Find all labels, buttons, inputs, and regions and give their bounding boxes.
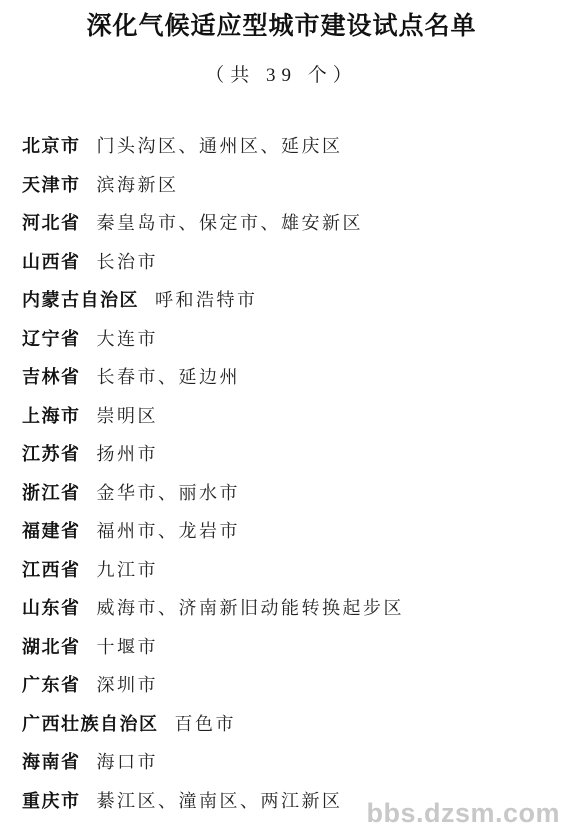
region-label: 上海市 bbox=[22, 406, 81, 426]
list-item: 江苏省扬州市 bbox=[22, 444, 553, 466]
cities-text: 九江市 bbox=[97, 560, 159, 580]
cities-text: 十堰市 bbox=[97, 637, 159, 657]
region-label: 河北省 bbox=[22, 213, 81, 233]
cities-text: 滨海新区 bbox=[97, 175, 179, 195]
cities-text: 长春市、延边州 bbox=[97, 367, 241, 387]
cities-text: 呼和浩特市 bbox=[155, 290, 258, 310]
list-item: 江西省九江市 bbox=[22, 560, 553, 582]
region-label: 吉林省 bbox=[22, 367, 81, 387]
list-item: 北京市门头沟区、通州区、延庆区 bbox=[22, 136, 553, 158]
watermark-text: bbs.dzsm.com bbox=[366, 798, 560, 829]
list-item: 上海市崇明区 bbox=[22, 406, 553, 428]
list-item: 辽宁省大连市 bbox=[22, 329, 553, 351]
region-label: 海南省 bbox=[22, 752, 81, 772]
list-item: 山东省威海市、济南新旧动能转换起步区 bbox=[22, 598, 553, 620]
cities-text: 百色市 bbox=[175, 714, 237, 734]
list-item: 浙江省金华市、丽水市 bbox=[22, 483, 553, 505]
region-label: 内蒙古自治区 bbox=[22, 290, 139, 310]
region-label: 浙江省 bbox=[22, 483, 81, 503]
region-label: 北京市 bbox=[22, 136, 81, 156]
region-label: 山西省 bbox=[22, 252, 81, 272]
list-item: 海南省海口市 bbox=[22, 752, 553, 774]
region-label: 广西壮族自治区 bbox=[22, 714, 159, 734]
cities-text: 深圳市 bbox=[97, 675, 159, 695]
cities-text: 金华市、丽水市 bbox=[97, 483, 241, 503]
list-item: 湖北省十堰市 bbox=[22, 637, 553, 659]
pilot-list: 北京市门头沟区、通州区、延庆区 天津市滨海新区 河北省秦皇岛市、保定市、雄安新区… bbox=[0, 136, 563, 812]
cities-text: 门头沟区、通州区、延庆区 bbox=[97, 136, 343, 156]
region-label: 江苏省 bbox=[22, 444, 81, 464]
cities-text: 秦皇岛市、保定市、雄安新区 bbox=[97, 213, 364, 233]
region-label: 辽宁省 bbox=[22, 329, 81, 349]
cities-text: 綦江区、潼南区、两江新区 bbox=[97, 791, 343, 811]
list-item: 内蒙古自治区呼和浩特市 bbox=[22, 290, 553, 312]
list-item: 吉林省长春市、延边州 bbox=[22, 367, 553, 389]
cities-text: 扬州市 bbox=[97, 444, 159, 464]
region-label: 重庆市 bbox=[22, 791, 81, 811]
list-item: 福建省福州市、龙岩市 bbox=[22, 521, 553, 543]
cities-text: 海口市 bbox=[97, 752, 159, 772]
region-label: 江西省 bbox=[22, 560, 81, 580]
region-label: 山东省 bbox=[22, 598, 81, 618]
cities-text: 崇明区 bbox=[97, 406, 159, 426]
list-item: 广西壮族自治区百色市 bbox=[22, 714, 553, 736]
cities-text: 长治市 bbox=[97, 252, 159, 272]
list-item: 广东省深圳市 bbox=[22, 675, 553, 697]
list-item: 天津市滨海新区 bbox=[22, 175, 553, 197]
cities-text: 福州市、龙岩市 bbox=[97, 521, 241, 541]
list-item: 河北省秦皇岛市、保定市、雄安新区 bbox=[22, 213, 553, 235]
cities-text: 威海市、济南新旧动能转换起步区 bbox=[97, 598, 405, 618]
region-label: 福建省 bbox=[22, 521, 81, 541]
region-label: 广东省 bbox=[22, 675, 81, 695]
region-label: 天津市 bbox=[22, 175, 81, 195]
list-item: 山西省长治市 bbox=[22, 252, 553, 274]
page-title: 深化气候适应型城市建设试点名单 bbox=[0, 0, 563, 41]
cities-text: 大连市 bbox=[97, 329, 159, 349]
document-page: 深化气候适应型城市建设试点名单 （共 39 个） 北京市门头沟区、通州区、延庆区… bbox=[0, 0, 563, 832]
page-subtitle: （共 39 个） bbox=[0, 64, 563, 87]
region-label: 湖北省 bbox=[22, 637, 81, 657]
